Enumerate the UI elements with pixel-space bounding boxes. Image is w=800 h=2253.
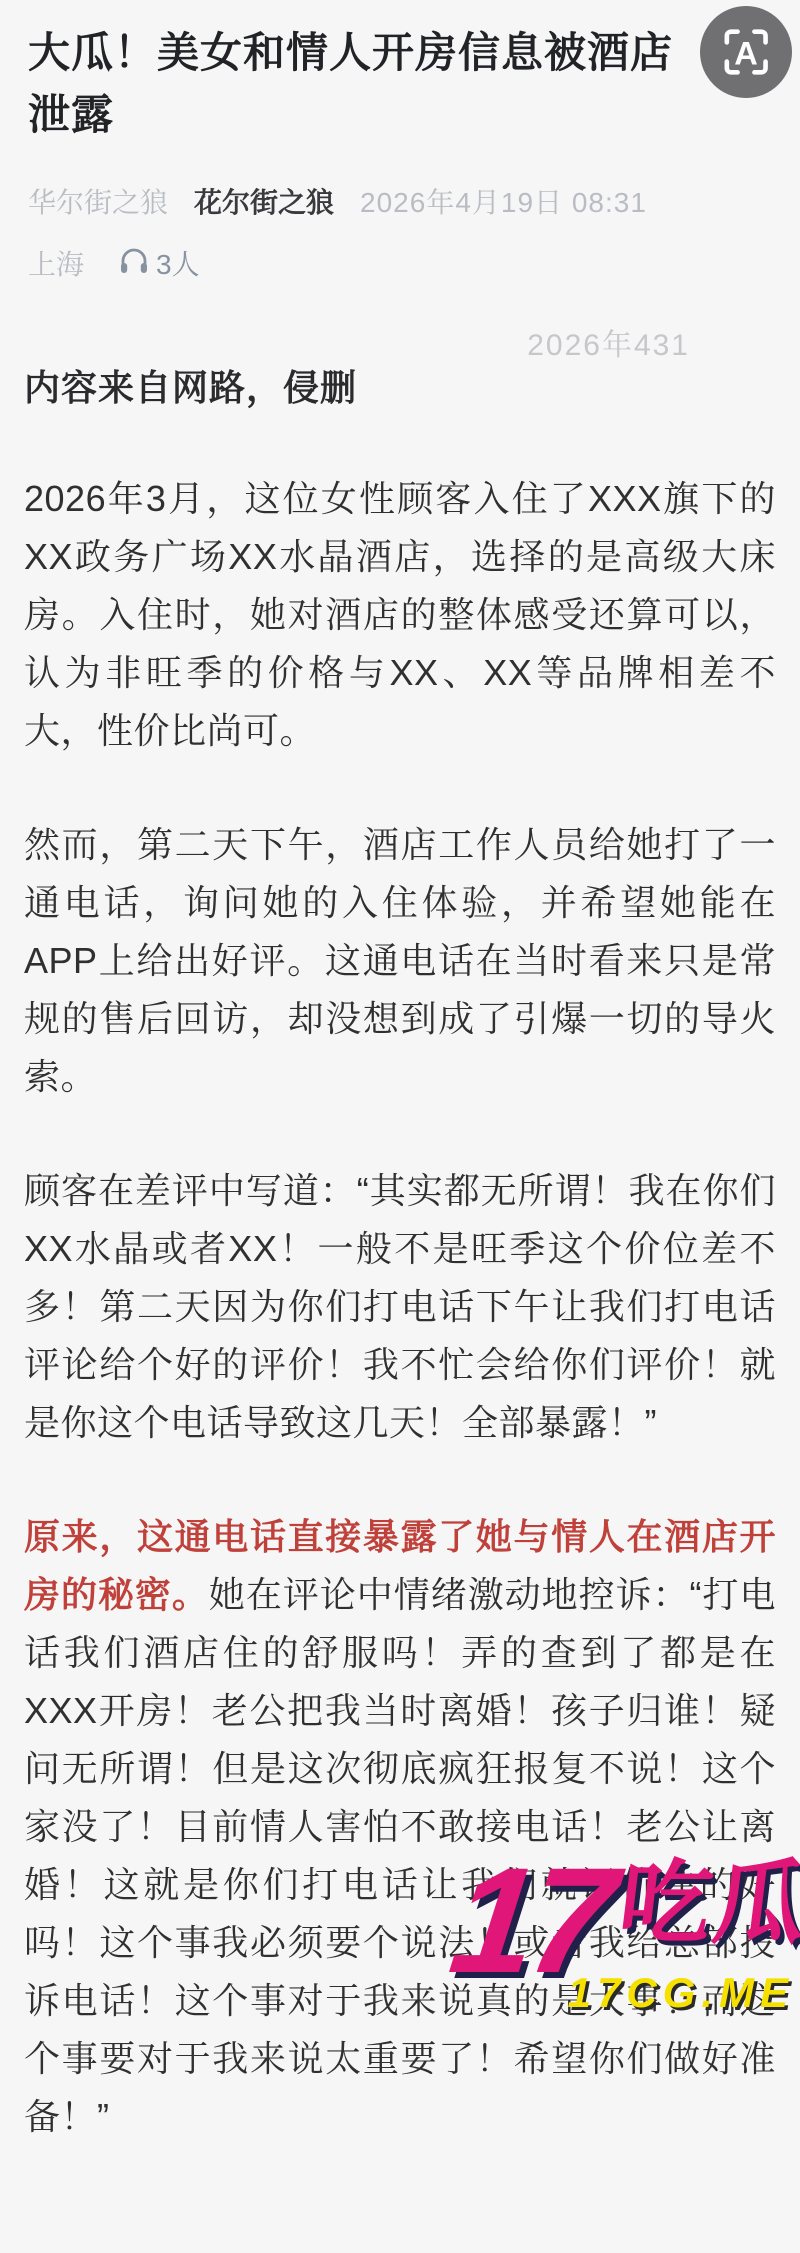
article-title: 大瓜！美女和情人开房信息被酒店泄露: [24, 0, 776, 146]
publish-datetime: 2026年4月19日 08:31: [360, 186, 647, 220]
article-paragraph: 然而，第二天下午，酒店工作人员给她打了一通电话，询问她的入住体验，并希望她能在A…: [24, 816, 776, 1106]
a-scan-icon: A: [700, 86, 792, 101]
article-page: 大瓜！美女和情人开房信息被酒店泄露 A 华尔街之狼 花尔街之狼 2026年4月1…: [0, 0, 800, 2146]
headphones-icon: [118, 246, 156, 284]
listeners-count[interactable]: 3人: [118, 246, 200, 284]
paragraph-continuation: 她在评论中情绪激动地控诉：“打电话我们酒店住的舒服吗！弄的查到了都是在XXX开房…: [24, 1574, 776, 2137]
article-paragraph: 2026年3月，这位女性顾客入住了XXX旗下的XX政务广场XX水晶酒店，选择的是…: [24, 470, 776, 760]
byline-row: 华尔街之狼 花尔街之狼 2026年4月19日 08:31: [24, 186, 776, 220]
author-primary[interactable]: 花尔街之狼: [194, 186, 334, 220]
listeners-label: 3人: [156, 248, 200, 282]
svg-text:A: A: [734, 35, 758, 71]
publish-location: 上海: [28, 248, 84, 282]
article-paragraph: 原来，这通电话直接暴露了她与情人在酒店开房的秘密。她在评论中情绪激动地控诉：“打…: [24, 1508, 776, 2146]
article-paragraph: 顾客在差评中写道：“其实都无所谓！我在你们XX水晶或者XX！一般不是旺季这个价位…: [24, 1162, 776, 1452]
date-stamp-watermark: 2026年431: [24, 330, 776, 362]
disclaimer-text: 内容来自网路，侵删: [24, 366, 776, 410]
author-secondary[interactable]: 华尔街之狼: [28, 186, 168, 220]
meta-row: 上海 3人: [24, 246, 776, 284]
text-scan-button[interactable]: A: [700, 6, 792, 98]
